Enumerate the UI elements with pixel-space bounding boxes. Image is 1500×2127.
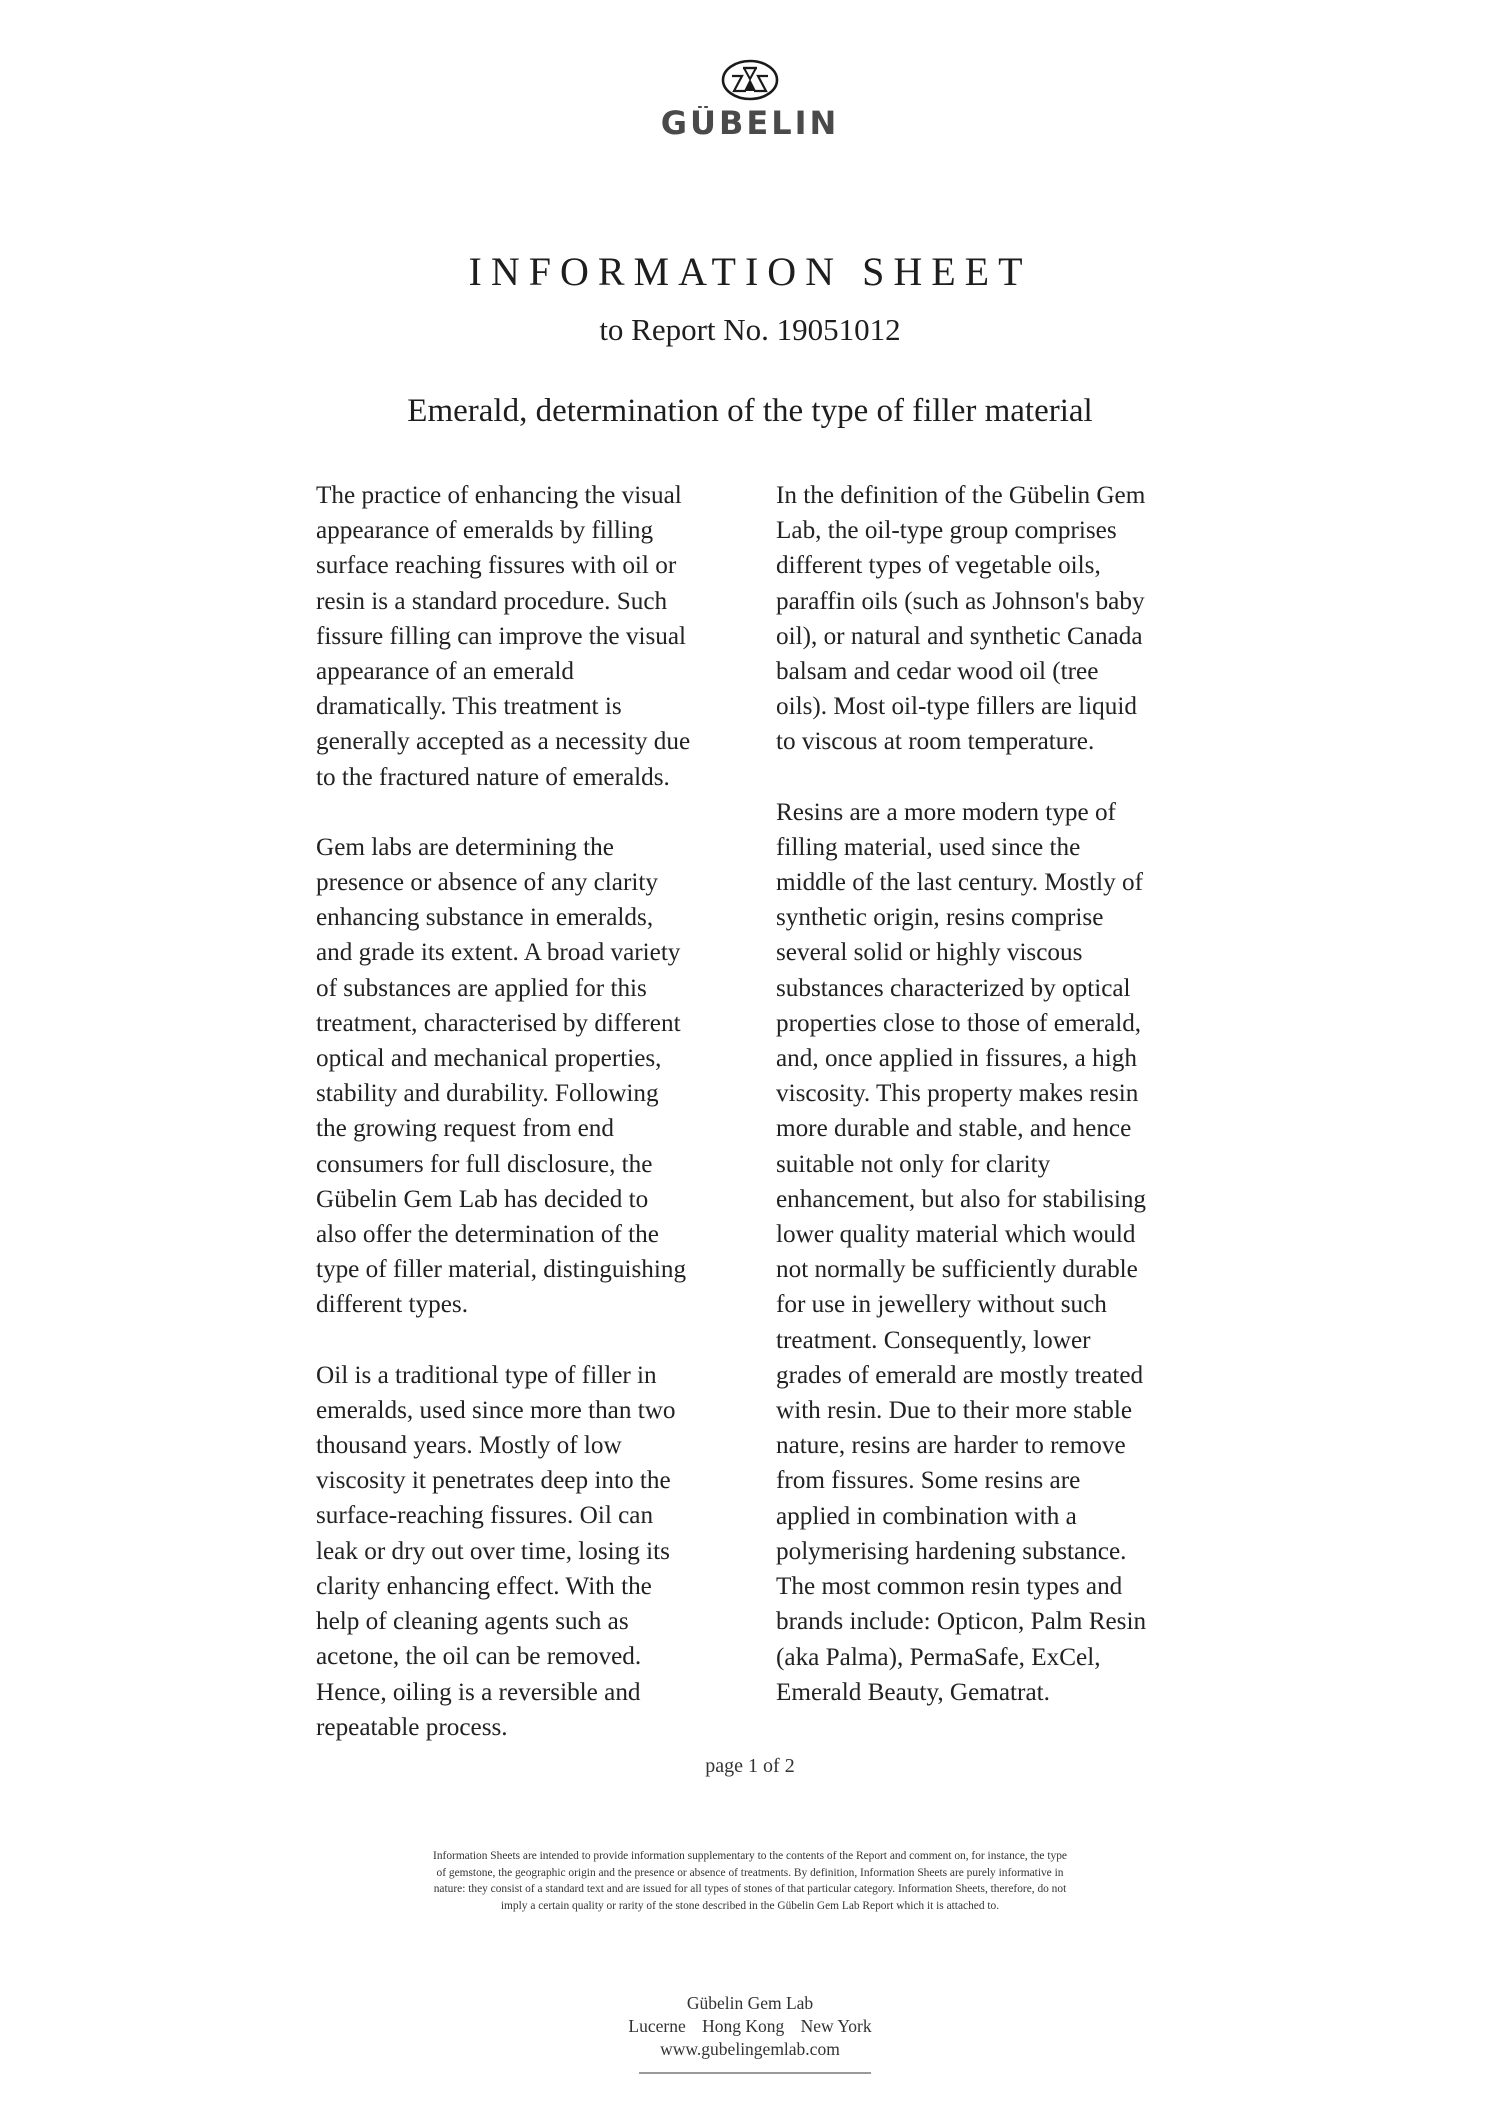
footer-divider	[639, 2072, 871, 2074]
gubelin-hourglass-emblem-icon	[720, 58, 780, 102]
paragraph-gem-labs: Gem labs are determining the presence or…	[316, 830, 756, 1323]
footer-website-link[interactable]: www.gubelingemlab.com	[0, 2038, 1500, 2061]
svg-text:GÜBELIN: GÜBELIN	[661, 106, 840, 140]
paragraph-oil-definition: In the definition of the Gübelin Gem Lab…	[776, 478, 1216, 760]
footer-lab-name: Gübelin Gem Lab	[0, 1992, 1500, 2015]
report-number: to Report No. 19051012	[0, 312, 1500, 348]
paragraph-oil: Oil is a traditional type of filler in e…	[316, 1358, 756, 1745]
left-column: The practice of enhancing the visual app…	[316, 478, 756, 1780]
paragraph-resins: Resins are a more modern type of filling…	[776, 795, 1216, 1710]
footer-city: Lucerne	[628, 2016, 685, 2036]
document-title: INFORMATION SHEET	[0, 248, 1500, 295]
brand-wordmark: GÜBELIN	[630, 106, 870, 140]
footer: Gübelin Gem Lab Lucerne Hong Kong New Yo…	[0, 1992, 1500, 2061]
right-column: In the definition of the Gübelin Gem Lab…	[776, 478, 1216, 1745]
footer-city: New York	[801, 2016, 872, 2036]
brand-logo: GÜBELIN	[0, 58, 1500, 140]
footer-city: Hong Kong	[702, 2016, 784, 2036]
document-heading: Emerald, determination of the type of fi…	[0, 393, 1500, 430]
paragraph-intro: The practice of enhancing the visual app…	[316, 478, 756, 795]
disclaimer: Information Sheets are intended to provi…	[300, 1848, 1200, 1914]
footer-cities: Lucerne Hong Kong New York	[0, 2015, 1500, 2038]
page-number: page 1 of 2	[0, 1755, 1500, 1778]
